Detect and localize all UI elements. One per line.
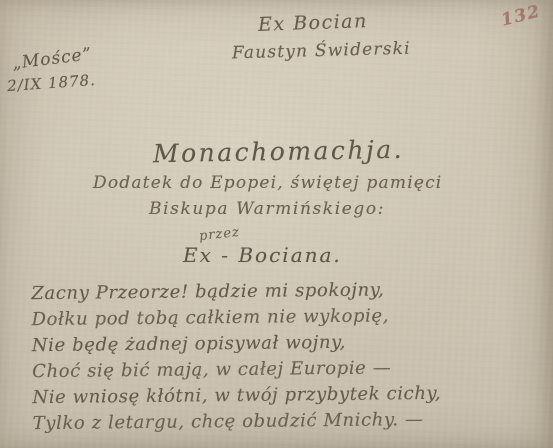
margin-place-note: „Mośce”	[11, 44, 93, 74]
manuscript-page: 132 Ex Bocian Faustyn Świderski „Mośce” …	[0, 0, 553, 448]
manuscript-subtitle-line2: Biskupa Warmińskiego:	[149, 199, 385, 219]
verse-stanza: Zacny Przeorze! bądzie mi spokojny, Dołk…	[31, 277, 441, 437]
header-pen-name: Ex Bocian	[258, 10, 369, 36]
manuscript-subtitle-line1: Dodatek do Epopei, świętej pamięci	[93, 173, 442, 193]
page-number: 132	[499, 1, 543, 30]
header-author-signature: Faustyn Świderski	[232, 39, 411, 64]
verse-line-2: Dołku pod tobą całkiem nie wykopię,	[31, 303, 440, 333]
margin-date-note: 2/IX 1878.	[6, 71, 96, 95]
verse-line-6: Tylko z letargu, chcę obudzić Mnichy. —	[33, 407, 442, 437]
manuscript-title: Monachomachja.	[153, 135, 405, 168]
manuscript-author-pseudonym: Ex - Bociana.	[183, 243, 342, 267]
manuscript-byline: przez	[198, 225, 240, 244]
